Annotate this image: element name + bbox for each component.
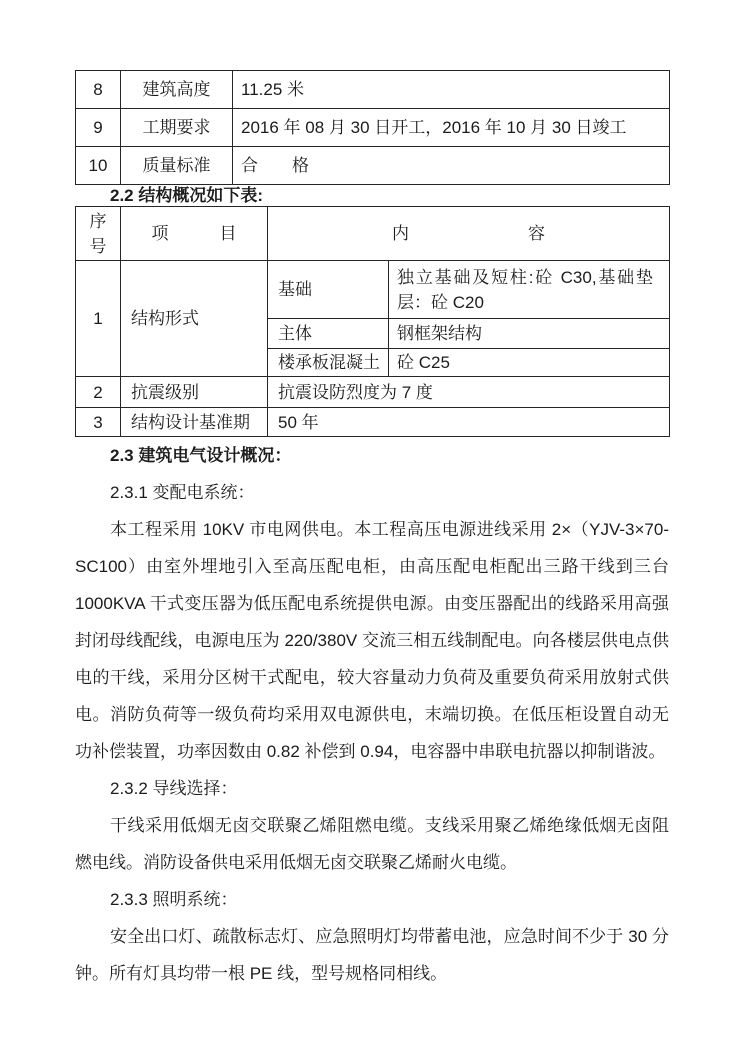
row-number-cell: 2 bbox=[76, 377, 121, 408]
row-label-cell: 工期要求 bbox=[121, 109, 233, 147]
row-value-cell: 50 年 bbox=[268, 408, 670, 437]
section-2-3-3-paragraph: 安全出口灯、疏散标志灯、应急照明灯均带蓄电池，应急时间不少于 30 分钟。所有灯… bbox=[75, 918, 669, 992]
row-label-cell: 建筑高度 bbox=[121, 71, 233, 109]
table-row: 3 结构设计基准期 50 年 bbox=[76, 408, 670, 437]
row-value-cell: 2016 年 08 月 30 日开工，2016 年 10 月 30 日竣工 bbox=[233, 109, 670, 147]
sub-label-cell: 楼承板混凝土 bbox=[268, 349, 389, 377]
table-row: 1 结构形式 基础 独立基础及短柱:砼 C30,基础垫层：砼 C20 bbox=[76, 261, 670, 319]
sub-label-cell: 基础 bbox=[268, 261, 389, 319]
section-2-3-2-paragraph: 干线采用低烟无卤交联聚乙烯阻燃电缆。支线采用聚乙烯绝缘低烟无卤阻燃电线。消防设备… bbox=[75, 807, 669, 881]
section-2-3-1-paragraph: 本工程采用 10KV 市电网供电。本工程高压电源进线采用 2×（YJV-3×70… bbox=[75, 511, 669, 770]
section-2-3: 2.3 建筑电气设计概况： 2.3.1 变配电系统： 本工程采用 10KV 市电… bbox=[75, 437, 669, 992]
header-seq-cell: 序号 bbox=[76, 207, 121, 261]
row-value-cell: 抗震设防烈度为 7 度 bbox=[268, 377, 670, 408]
header-item-cell: 项 目 bbox=[121, 207, 268, 261]
row-item-cell: 结构形式 bbox=[121, 261, 268, 377]
row-item-cell: 抗震级别 bbox=[121, 377, 268, 408]
project-overview-table: 8 建筑高度 11.25 米 9 工期要求 2016 年 08 月 30 日开工… bbox=[75, 70, 670, 185]
section-2-3-3-heading: 2.3.3 照明系统： bbox=[75, 881, 669, 918]
table-row: 10 质量标准 合 格 bbox=[76, 147, 670, 185]
row-number-cell: 3 bbox=[76, 408, 121, 437]
structure-overview-table: 序号 项 目 内 容 1 结构形式 基础 独立基础及短柱:砼 C30,基础垫层：… bbox=[75, 206, 670, 437]
header-content-cell: 内 容 bbox=[268, 207, 670, 261]
row-number-cell: 10 bbox=[76, 147, 121, 185]
table-row: 8 建筑高度 11.25 米 bbox=[76, 71, 670, 109]
row-number-cell: 1 bbox=[76, 261, 121, 377]
document-page: 8 建筑高度 11.25 米 9 工期要求 2016 年 08 月 30 日开工… bbox=[0, 0, 744, 1052]
section-2-2-heading: 2.2 结构概况如下表: bbox=[75, 185, 669, 206]
sub-label-cell: 主体 bbox=[268, 319, 389, 349]
row-number-cell: 8 bbox=[76, 71, 121, 109]
sub-value-cell: 砼 C25 bbox=[389, 349, 670, 377]
document-content: 8 建筑高度 11.25 米 9 工期要求 2016 年 08 月 30 日开工… bbox=[75, 70, 669, 992]
row-label-cell: 质量标准 bbox=[121, 147, 233, 185]
row-item-cell: 结构设计基准期 bbox=[121, 408, 268, 437]
row-number-cell: 9 bbox=[76, 109, 121, 147]
table-row: 9 工期要求 2016 年 08 月 30 日开工，2016 年 10 月 30… bbox=[76, 109, 670, 147]
row-value-cell: 11.25 米 bbox=[233, 71, 670, 109]
section-2-3-heading: 2.3 建筑电气设计概况： bbox=[75, 437, 669, 474]
sub-value-cell: 钢框架结构 bbox=[389, 319, 670, 349]
table-row: 2 抗震级别 抗震设防烈度为 7 度 bbox=[76, 377, 670, 408]
section-2-3-2-heading: 2.3.2 导线选择： bbox=[75, 770, 669, 807]
row-value-cell: 合 格 bbox=[233, 147, 670, 185]
sub-value-cell: 独立基础及短柱:砼 C30,基础垫层：砼 C20 bbox=[389, 261, 670, 319]
table-header-row: 序号 项 目 内 容 bbox=[76, 207, 670, 261]
section-2-3-1-heading: 2.3.1 变配电系统： bbox=[75, 474, 669, 511]
